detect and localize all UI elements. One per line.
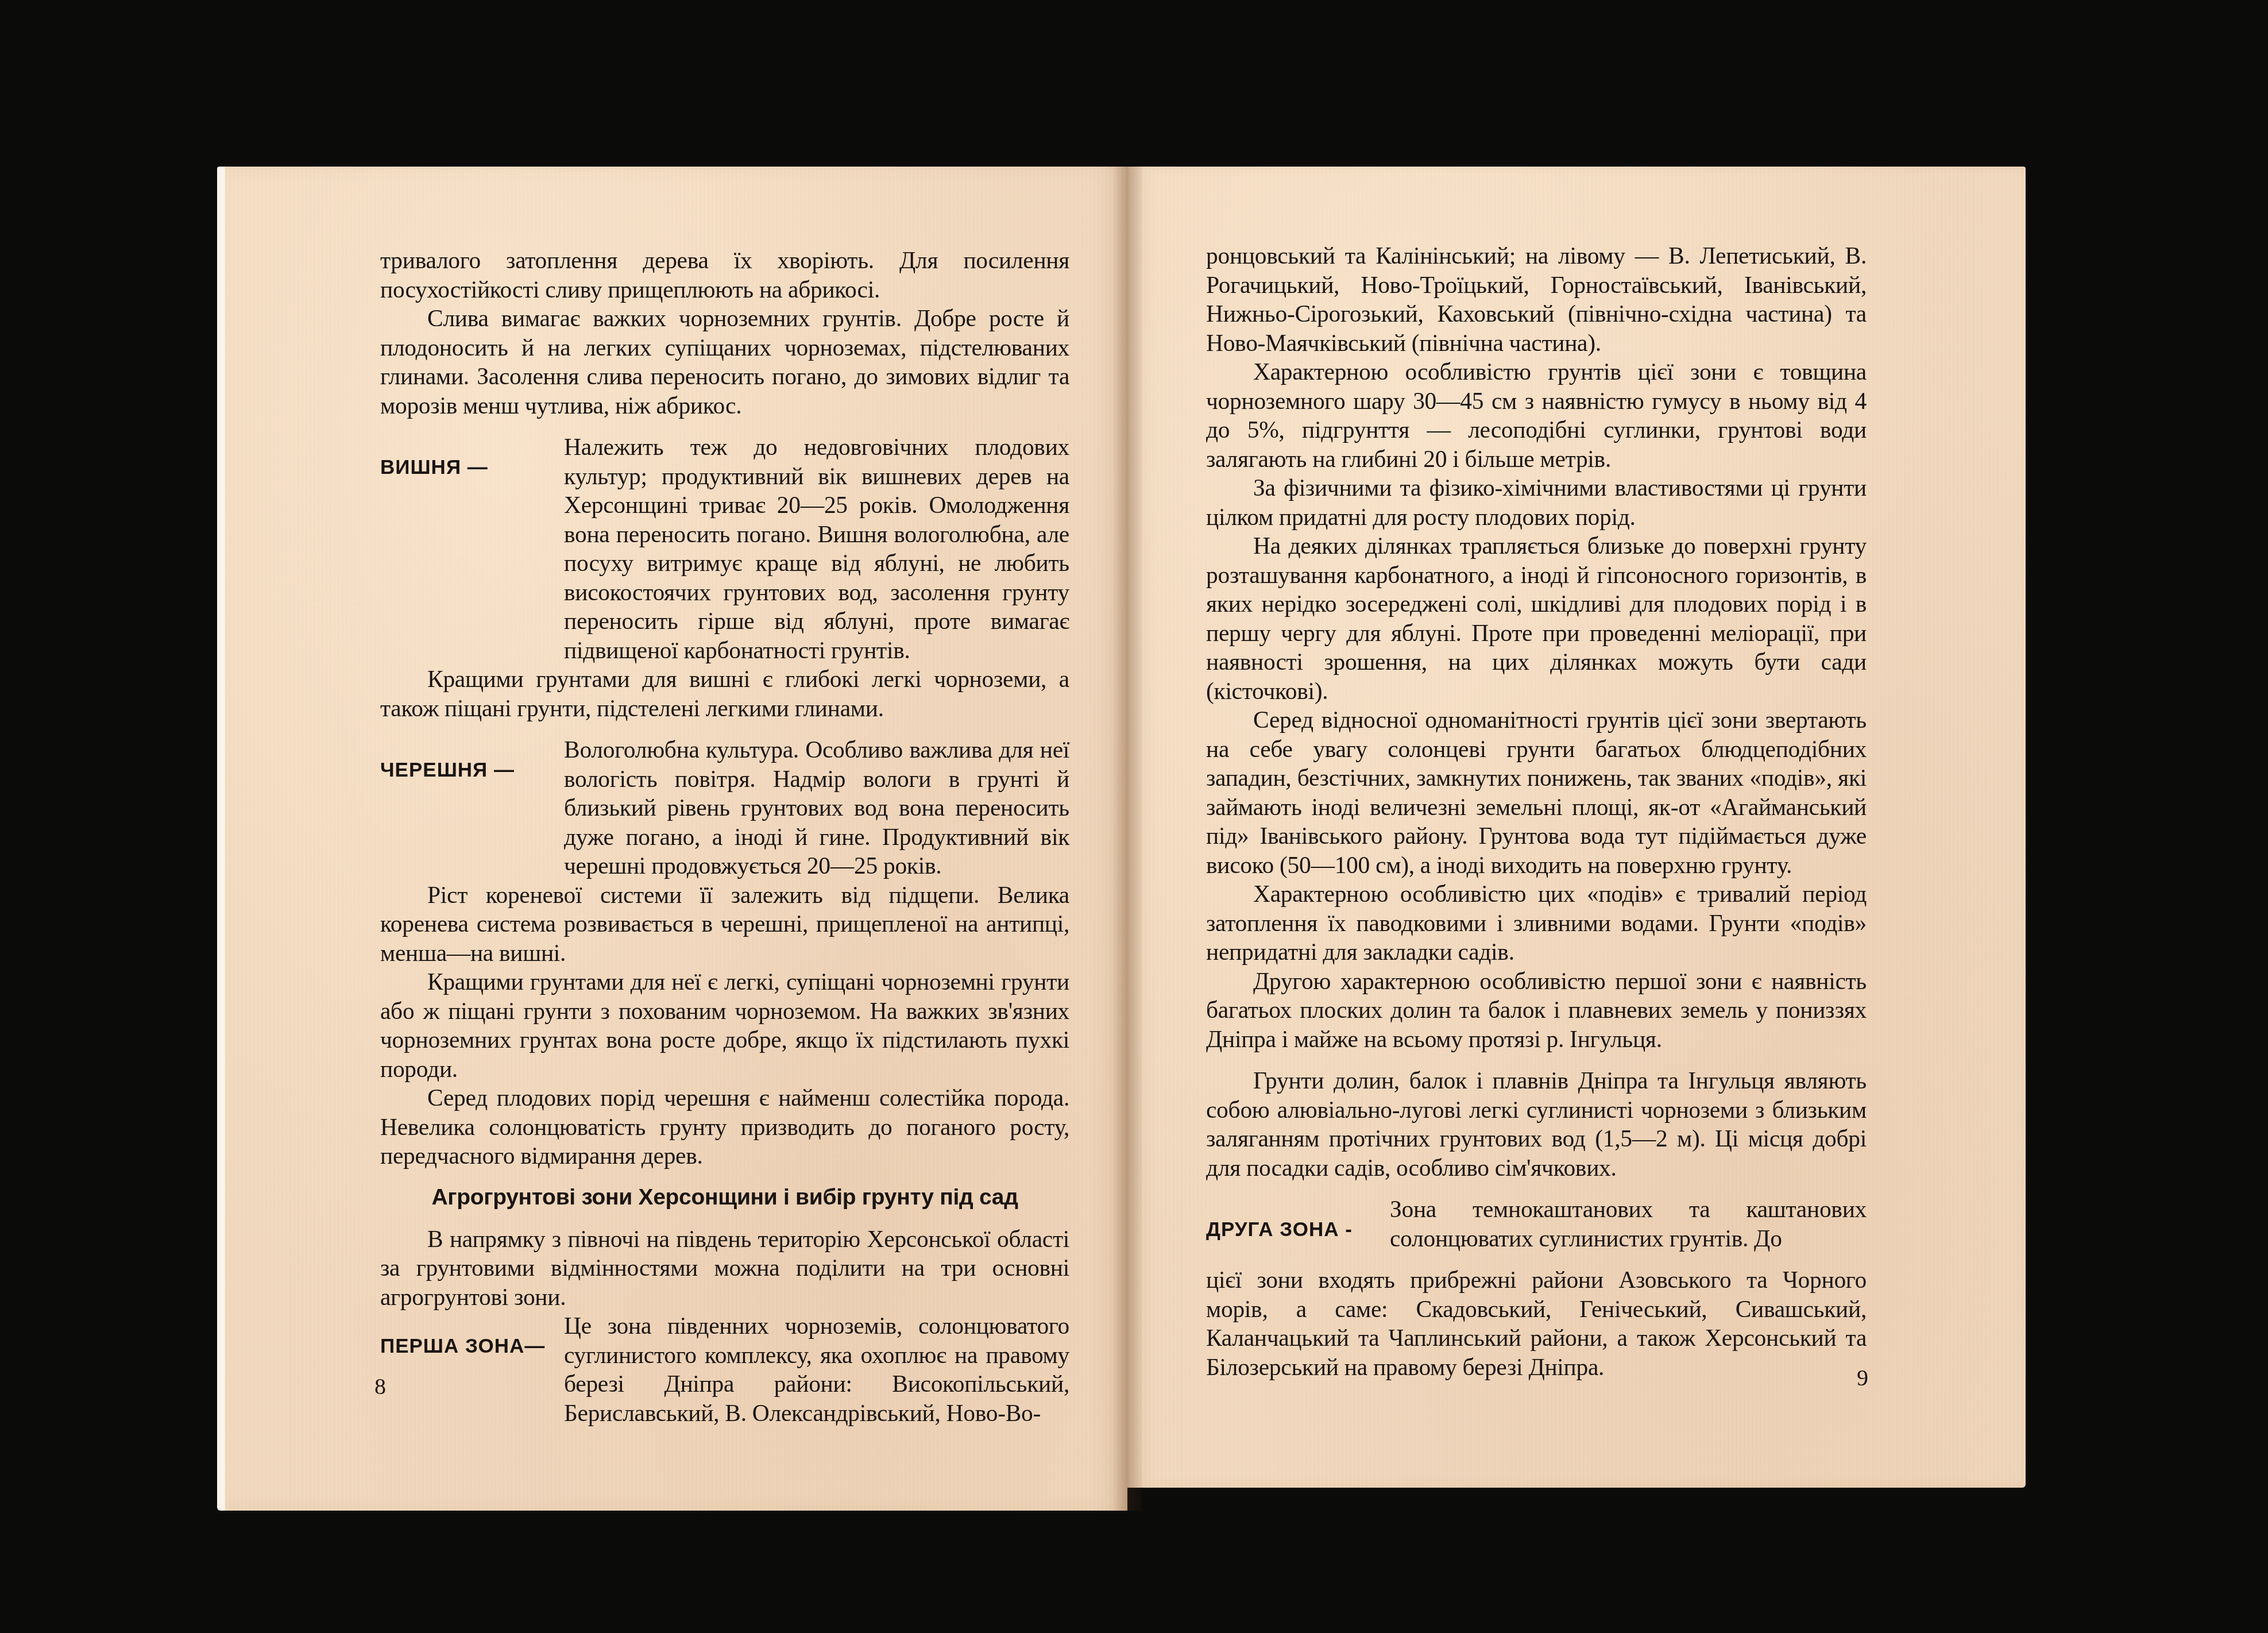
left-page: тривалого затоплення дерева їх хворіють.…	[217, 167, 1127, 1511]
left-page-body: тривалого затоплення дерева їх хворіють.…	[380, 246, 1069, 1427]
right-page: ронцовський та Калінінський; на лівому —…	[1127, 167, 2026, 1488]
paragraph: За фізичними та фізико-хімічними властив…	[1206, 473, 1867, 531]
paragraph: На деяких ділянках трапляється близьке д…	[1206, 531, 1867, 705]
paragraph: Серед відносної одноманітності грунтів ц…	[1206, 705, 1867, 879]
entry-zone-1: ПЕРША ЗОНА— Це зона південних чорноземів…	[380, 1311, 1069, 1427]
paragraph: тривалого затоплення дерева їх хворіють.…	[380, 246, 1069, 304]
entry-zone-2: ДРУГА ЗОНА - Зона темнокаштанових та каш…	[1206, 1195, 1867, 1253]
entry-vyshnia: ВИШНЯ — Належить теж до недовговічних пл…	[380, 433, 1069, 665]
paragraph: ронцовський та Калінінський; на лівому —…	[1206, 241, 1867, 357]
entry-text: Належить теж до недовговічних плодових к…	[564, 433, 1069, 665]
paragraph: Характерною особливістю грунтів цієї зон…	[1206, 357, 1867, 473]
paragraph: цієї зони входять прибрежні райони Азовс…	[1206, 1265, 1867, 1381]
paragraph: Ріст кореневої системи її залежить від п…	[380, 881, 1069, 968]
page-number: 8	[374, 1373, 386, 1400]
entry-text: Це зона південних чорноземів, солонцюват…	[564, 1311, 1069, 1427]
paragraph: Грунти долин, балок і плавнів Дніпра та …	[1206, 1066, 1867, 1182]
term-zone-2: ДРУГА ЗОНА -	[1206, 1195, 1390, 1245]
entry-chereshnia: ЧЕРЕШНЯ — Вологолюбна культура. Особливо…	[380, 735, 1069, 881]
paragraph: Кращими грунтами для неї є легкі, супіща…	[380, 967, 1069, 1083]
paragraph: Кращими грунтами для вишні є глибокі лег…	[380, 665, 1069, 723]
paragraph: Характерною особливістю цих «подів» є тр…	[1206, 879, 1867, 967]
entry-text: Зона темнокаштанових та каштанових солон…	[1390, 1195, 1867, 1253]
paragraph: Серед плодових порід черешня є найменш с…	[380, 1083, 1069, 1171]
term-chereshnia: ЧЕРЕШНЯ —	[380, 735, 564, 785]
page-number: 9	[1857, 1364, 1868, 1391]
paragraph: В напрямку з півночі на південь територі…	[380, 1225, 1069, 1312]
paragraph: Слива вимагає важких чорноземних грунтів…	[380, 304, 1069, 420]
right-page-body: ронцовський та Калінінський; на лівому —…	[1206, 241, 1867, 1381]
section-heading: Агрогрунтові зони Херсонщини і вибір гру…	[380, 1183, 1069, 1212]
entry-text: Вологолюбна культура. Особливо важлива д…	[564, 735, 1069, 881]
term-vyshnia: ВИШНЯ —	[380, 433, 564, 482]
term-zone-1: ПЕРША ЗОНА—	[380, 1311, 564, 1361]
paragraph: Другою характерною особливістю першої зо…	[1206, 967, 1867, 1054]
